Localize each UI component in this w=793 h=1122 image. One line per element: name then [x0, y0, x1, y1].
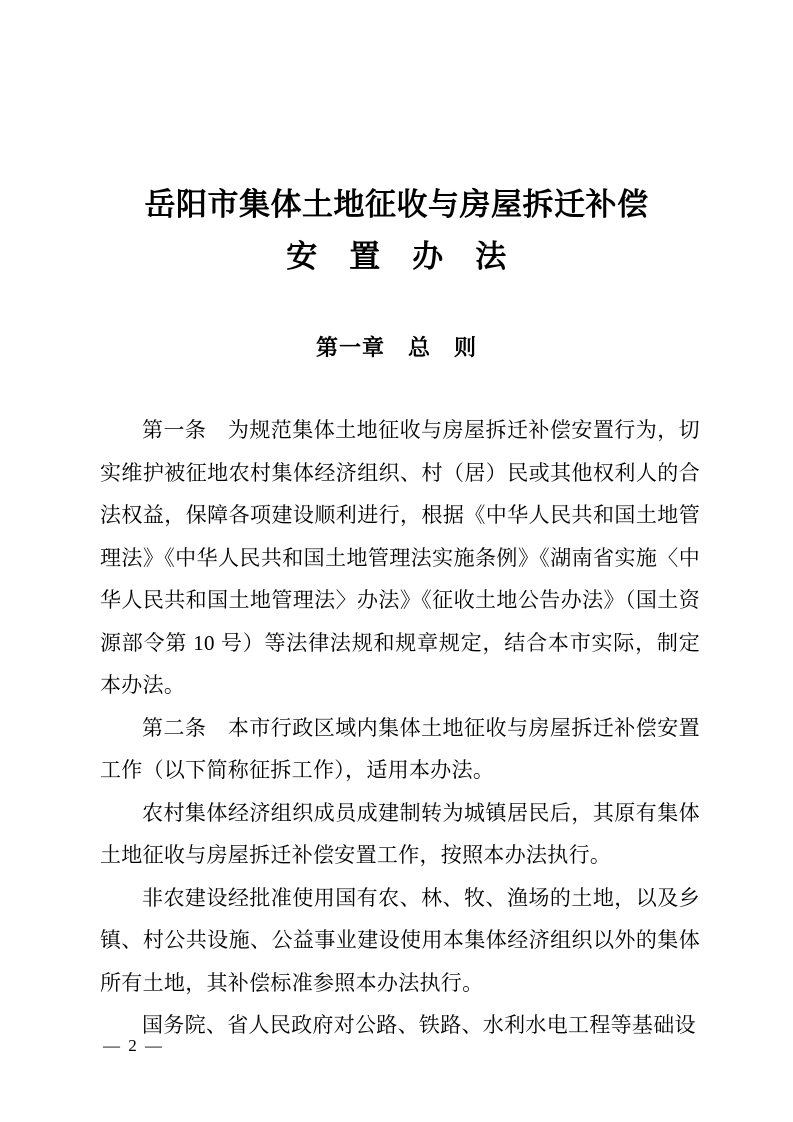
- document-body: 第一条 为规范集体土地征收与房屋拆迁补偿安置行为，切实维护被征地农村集体经济组织…: [100, 409, 700, 1047]
- page-number: — 2 —: [103, 1035, 164, 1057]
- document-title-line1: 岳阳市集体土地征收与房屋拆迁补偿: [0, 0, 793, 225]
- paragraph-article-1: 第一条 为规范集体土地征收与房屋拆迁补偿安置行为，切实维护被征地农村集体经济组织…: [100, 409, 700, 707]
- paragraph-article-2-clause-4-truncated: 国务院、省人民政府对公路、铁路、水利水电工程等基础设: [100, 1004, 700, 1047]
- paragraph-article-2-clause-2: 农村集体经济组织成员成建制转为城镇居民后，其原有集体土地征收与房屋拆迁补偿安置工…: [100, 792, 700, 877]
- document-page: 岳阳市集体土地征收与房屋拆迁补偿 安 置 办 法 第一章 总 则 第一条 为规范…: [0, 0, 793, 1122]
- chapter-heading: 第一章 总 则: [0, 333, 793, 363]
- paragraph-article-2-clause-3: 非农建设经批准使用国有农、林、牧、渔场的土地，以及乡镇、村公共设施、公益事业建设…: [100, 877, 700, 1005]
- document-title-line2: 安 置 办 法: [0, 237, 793, 277]
- paragraph-article-2: 第二条 本市行政区域内集体土地征收与房屋拆迁补偿安置工作（以下简称征拆工作），适…: [100, 707, 700, 792]
